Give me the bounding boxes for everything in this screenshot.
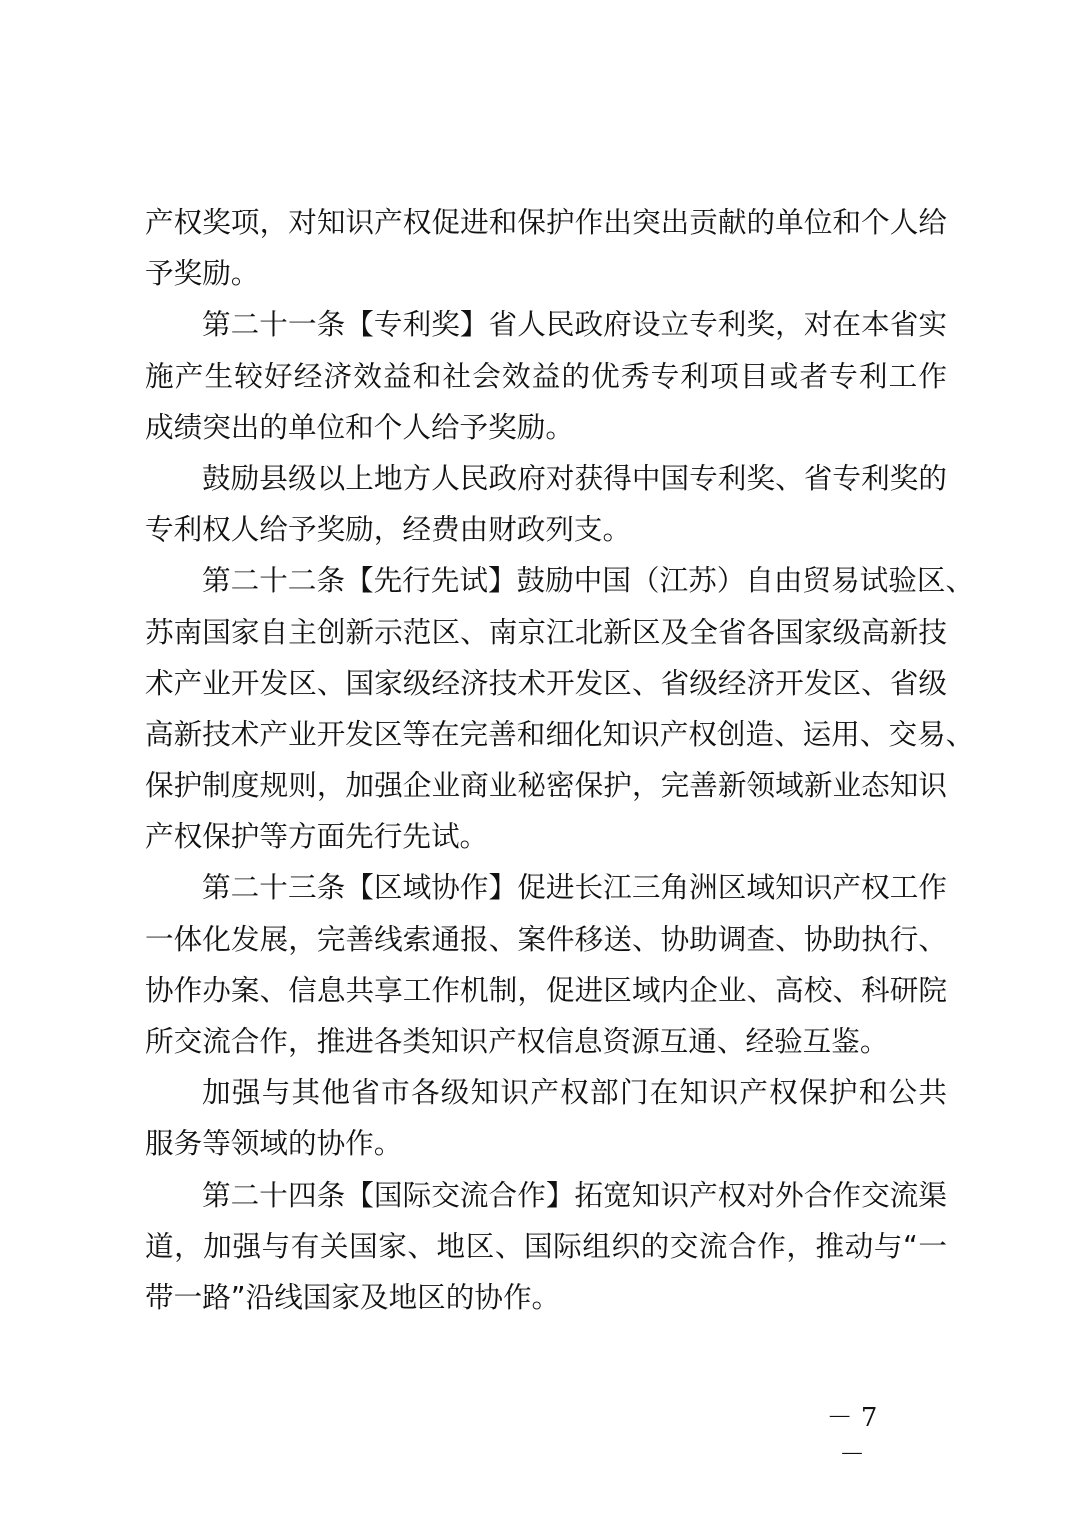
text-line: 道，加强与有关国家、地区、国际组织的交流合作，推动与“一 [145, 1221, 947, 1272]
page-number: － 7 － [812, 1397, 892, 1471]
text-line: 鼓励县级以上地方人民政府对获得中国专利奖、省专利奖的 [145, 453, 947, 504]
text-line: 协作办案、信息共享工作机制，促进区域内企业、高校、科研院 [145, 965, 947, 1016]
text-line: 苏南国家自主创新示范区、南京江北新区及全省各国家级高新技 [145, 607, 947, 658]
paragraph: 产权奖项，对知识产权促进和保护作出突出贡献的单位和个人给 予奖励。 [145, 197, 947, 299]
paragraph: 加强与其他省市各级知识产权部门在知识产权保护和公共 服务等领域的协作。 [145, 1067, 947, 1169]
text-line: 所交流合作，推进各类知识产权信息资源互通、经验互鉴。 [145, 1016, 947, 1067]
text-line: 术产业开发区、国家级经济技术开发区、省级经济开发区、省级 [145, 658, 947, 709]
text-line: 一体化发展，完善线索通报、案件移送、协助调查、协助执行、 [145, 914, 947, 965]
article-22-paragraph: 第二十二条【先行先试】鼓励中国（江苏）自由贸易试验区、 苏南国家自主创新示范区、… [145, 555, 947, 862]
text-line: 产权保护等方面先行先试。 [145, 811, 947, 862]
text-line: 专利权人给予奖励，经费由财政列支。 [145, 504, 947, 555]
text-line: 施产生较好经济效益和社会效益的优秀专利项目或者专利工作 [145, 351, 947, 402]
text-line: 第二十三条【区域协作】促进长江三角洲区域知识产权工作 [145, 862, 947, 913]
text-line: 第二十四条【国际交流合作】拓宽知识产权对外合作交流渠 [145, 1170, 947, 1221]
document-body: 产权奖项，对知识产权促进和保护作出突出贡献的单位和个人给 予奖励。 第二十一条【… [145, 197, 947, 1323]
text-line: 予奖励。 [145, 248, 947, 299]
text-line: 加强与其他省市各级知识产权部门在知识产权保护和公共 [145, 1067, 947, 1118]
text-line: 产权奖项，对知识产权促进和保护作出突出贡献的单位和个人给 [145, 197, 947, 248]
document-page: 产权奖项，对知识产权促进和保护作出突出贡献的单位和个人给 予奖励。 第二十一条【… [0, 0, 1080, 1527]
text-line: 第二十二条【先行先试】鼓励中国（江苏）自由贸易试验区、 [145, 555, 947, 606]
paragraph: 鼓励县级以上地方人民政府对获得中国专利奖、省专利奖的 专利权人给予奖励，经费由财… [145, 453, 947, 555]
article-24-paragraph: 第二十四条【国际交流合作】拓宽知识产权对外合作交流渠 道，加强与有关国家、地区、… [145, 1170, 947, 1324]
text-line: 高新技术产业开发区等在完善和细化知识产权创造、运用、交易、 [145, 709, 947, 760]
article-23-paragraph: 第二十三条【区域协作】促进长江三角洲区域知识产权工作 一体化发展，完善线索通报、… [145, 862, 947, 1067]
text-line: 服务等领域的协作。 [145, 1118, 947, 1169]
text-line: 成绩突出的单位和个人给予奖励。 [145, 402, 947, 453]
text-line: 保护制度规则，加强企业商业秘密保护，完善新领域新业态知识 [145, 760, 947, 811]
article-21-paragraph: 第二十一条【专利奖】省人民政府设立专利奖，对在本省实 施产生较好经济效益和社会效… [145, 299, 947, 453]
text-line: 带一路”沿线国家及地区的协作。 [145, 1272, 947, 1323]
text-line: 第二十一条【专利奖】省人民政府设立专利奖，对在本省实 [145, 299, 947, 350]
